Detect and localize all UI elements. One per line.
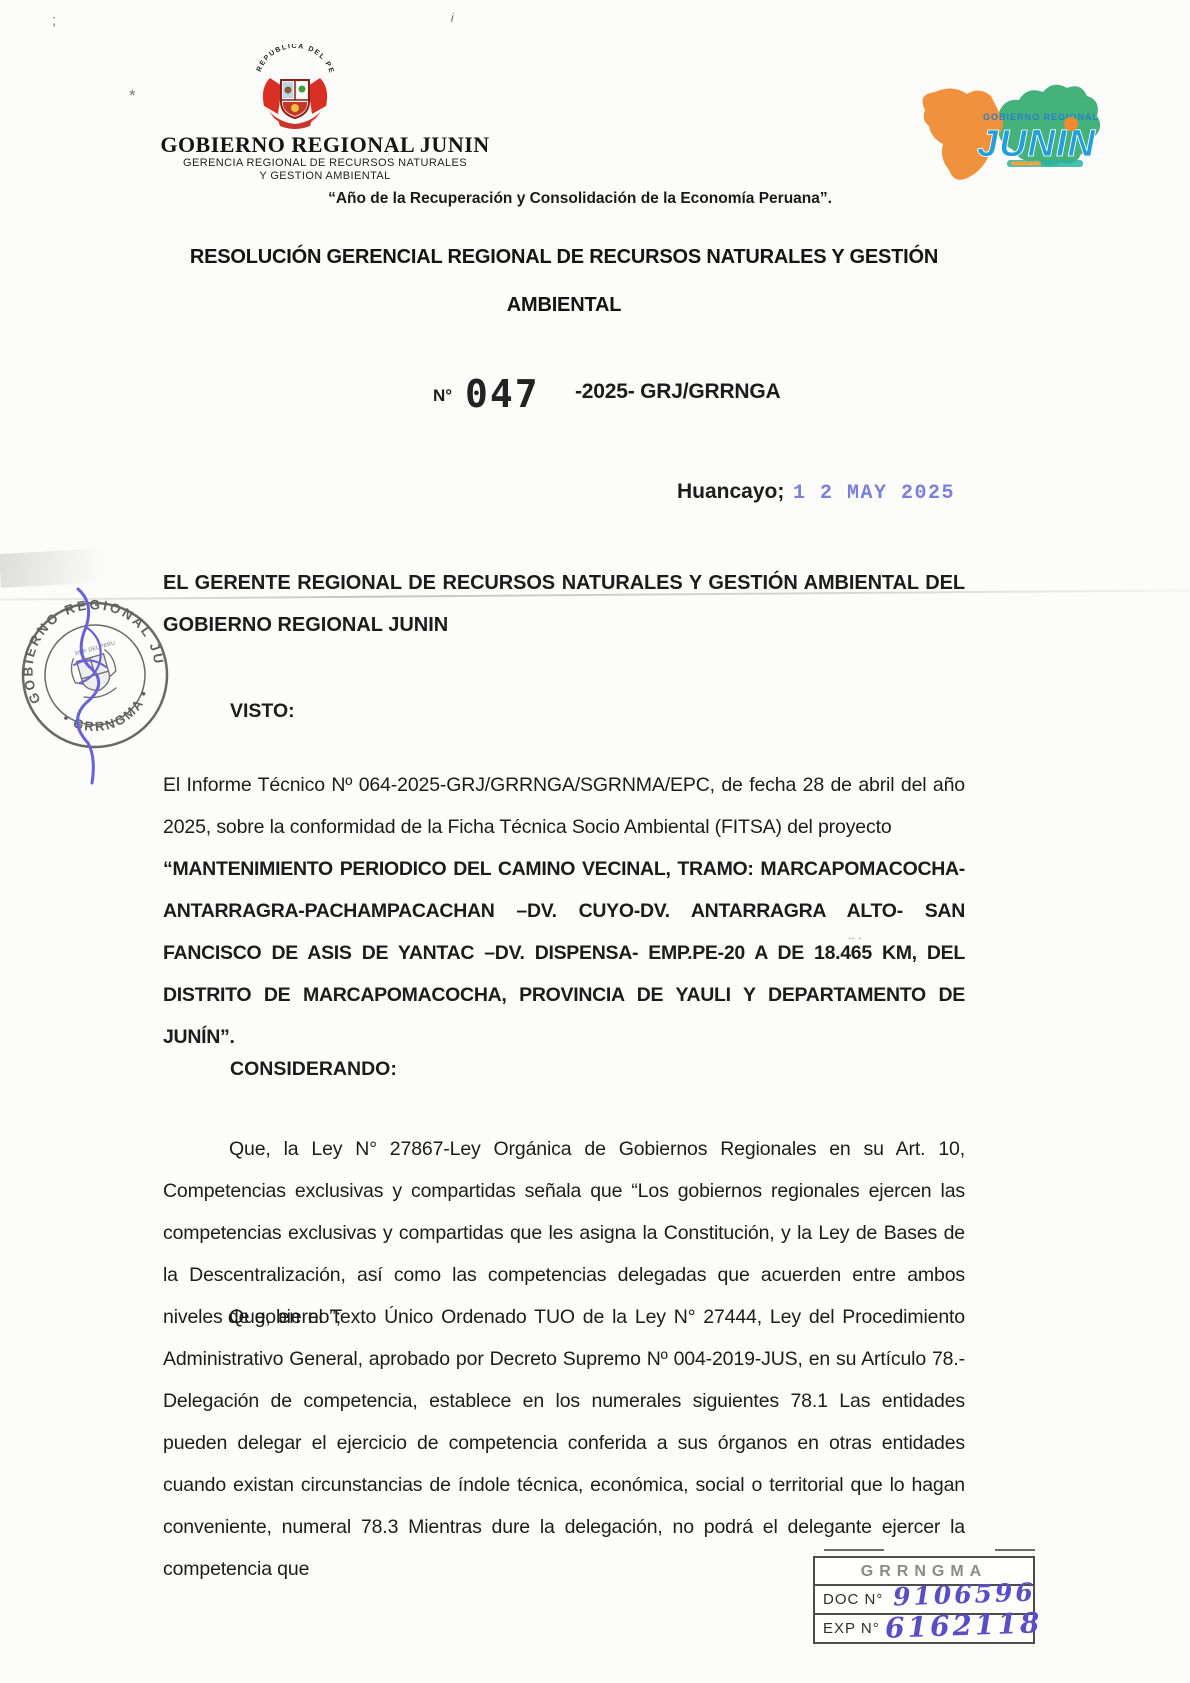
document-page: ; i * .. . REPUBLICA DEL PERU <box>0 0 1190 1683</box>
peru-coat-of-arms-icon: REPUBLICA DEL PERU <box>248 44 342 138</box>
resolution-number-line: N° 047 -2025- GRJ/GRRNGA <box>163 372 965 422</box>
org-division-line2: Y GESTION AMBIENTAL <box>160 170 490 182</box>
addressee-line1: EL GERENTE REGIONAL DE RECURSOS NATURALE… <box>163 562 965 604</box>
registry-stamp-box: GRRNGMA DOC N° 9106596 EXP N° 6162118 <box>813 1556 1035 1644</box>
junin-logo-small-text: GOBIERNO REGIONAL <box>983 112 1099 122</box>
junin-map-icon: GOBIERNO REGIONAL JUNIN <box>895 72 1135 192</box>
org-division-line1: GERENCIA REGIONAL DE RECURSOS NATURALES <box>160 157 490 169</box>
year-motto: “Año de la Recuperación y Consolidación … <box>280 190 880 208</box>
peru-coat-of-arms-logo: REPUBLICA DEL PERU <box>248 44 342 138</box>
junin-logo-big-text: JUNIN <box>977 123 1097 165</box>
stamp-box-dash <box>995 1549 1035 1551</box>
addressee-line2: GOBIERNO REGIONAL JUNIN <box>163 604 965 646</box>
number-prefix: N° <box>433 386 452 406</box>
date-stamp: 1 2 MAY 2025 <box>793 482 955 505</box>
stamp-exp-row: EXP N° 6162118 <box>815 1615 1033 1642</box>
stamped-resolution-number: 047 <box>465 372 540 416</box>
resolution-title-line2: AMBIENTAL <box>163 294 965 317</box>
considerando-paragraph-2: Que, en el Texto Único Ordenado TUO de l… <box>163 1296 965 1590</box>
scan-smudge-artifact <box>0 546 151 588</box>
dateline-city: Huancayo; <box>677 480 784 504</box>
doc-number-label: DOC N° <box>823 1591 883 1608</box>
visto-label: VISTO: <box>230 700 295 723</box>
junin-region-logo: GOBIERNO REGIONAL JUNIN <box>895 72 1135 192</box>
resolution-title-line1: RESOLUCIÓN GERENCIAL REGIONAL DE RECURSO… <box>163 246 965 269</box>
crest-arc-text: REPUBLICA DEL PERU <box>248 44 335 75</box>
exp-number-label: EXP N° <box>823 1620 880 1637</box>
exp-number-handwritten-value: 6162118 <box>884 1606 1042 1644</box>
number-suffix: -2025- GRJ/GRRNGA <box>575 380 780 404</box>
scan-artifact: ; <box>52 12 56 29</box>
visto-project-paragraph: “MANTENIMIENTO PERIODICO DEL CAMINO VECI… <box>163 848 965 1058</box>
visto-paragraph: El Informe Técnico Nº 064-2025-GRJ/GRRNG… <box>163 764 965 848</box>
scan-artifact: i <box>449 10 455 25</box>
considerando-label: CONSIDERANDO: <box>230 1058 397 1081</box>
stamp-box-dash <box>824 1549 884 1551</box>
scan-artifact: * <box>129 86 136 106</box>
svg-text:REPUBLICA DEL PERU: REPUBLICA DEL PERU <box>248 44 335 75</box>
org-name: GOBIERNO REGIONAL JUNIN <box>160 132 490 158</box>
dateline: Huancayo; 1 2 MAY 2025 <box>0 480 1190 514</box>
